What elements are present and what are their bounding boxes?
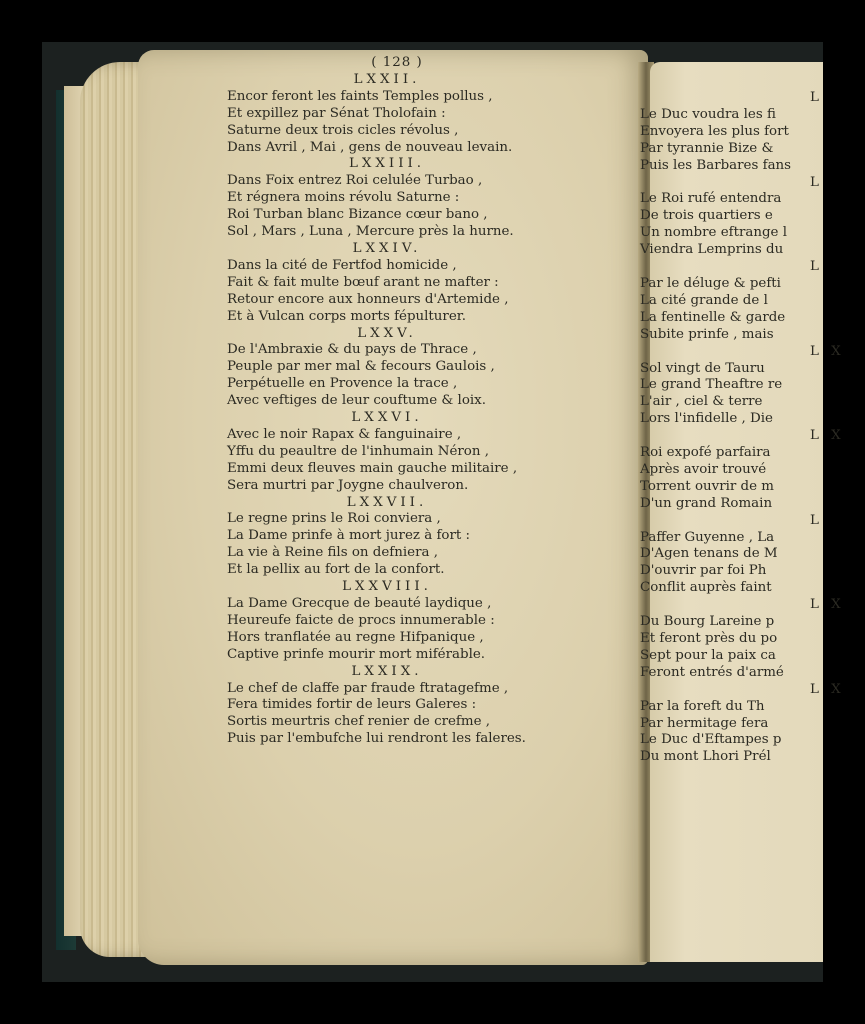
verse-line: D'Agen tenans de M xyxy=(640,546,840,563)
verse-line: Et expillez par Sénat Tholofain : xyxy=(227,106,547,123)
quatrain: L XSol vingt de TauruLe grand Theaftre r… xyxy=(640,344,840,429)
verse-line: Sera murtri par Joygne chaulveron. xyxy=(227,478,547,495)
quatrain: LXXVI.Avec le noir Rapax & fanguinaire ,… xyxy=(227,410,547,495)
verse-line: Encor feront les faints Temples pollus , xyxy=(227,89,547,106)
verse-line: Par hermitage fera xyxy=(640,716,840,733)
verse-line: L'air , ciel & terre xyxy=(640,394,840,411)
quatrain-numeral: LXXVI. xyxy=(227,410,547,427)
verse-line: Par la foreft du Th xyxy=(640,699,840,716)
verse-line: La Dame Grecque de beauté laydique , xyxy=(227,596,547,613)
verse-line: Viendra Lemprins du xyxy=(640,242,840,259)
verse-line: La vie à Reine fils on defniera , xyxy=(227,545,547,562)
quatrain: LPar le déluge & peftiLa cité grande de … xyxy=(640,259,840,344)
quatrain: L XDu Bourg Lareine pEt feront près du p… xyxy=(640,597,840,682)
verse-line: Et à Vulcan corps morts fépulturer. xyxy=(227,309,547,326)
verse-line: Fera timides fortir de leurs Galeres : xyxy=(227,697,547,714)
left-quatrain-list: LXXII.Encor feront les faints Temples po… xyxy=(227,72,547,748)
verse-line: D'un grand Romain xyxy=(640,496,840,513)
verse-line: De trois quartiers e xyxy=(640,208,840,225)
verse-line: Saturne deux trois cicles révolus , xyxy=(227,123,547,140)
quatrain: LXXVIII.La Dame Grecque de beauté laydiq… xyxy=(227,579,547,664)
verse-line: Subite prinfe , mais xyxy=(640,327,840,344)
quatrain-numeral: LXXIII. xyxy=(227,156,547,173)
quatrain-numeral: LXXVII. xyxy=(227,495,547,512)
verse-line: Le Duc d'Eftampes p xyxy=(640,732,840,749)
verse-line: Par le déluge & pefti xyxy=(640,276,840,293)
verse-line: Captive prinfe mourir mort miférable. xyxy=(227,647,547,664)
verse-line: Le grand Theaftre re xyxy=(640,377,840,394)
verse-line: Perpétuelle en Provence la trace , xyxy=(227,376,547,393)
verse-line: Emmi deux fleuves main gauche militaire … xyxy=(227,461,547,478)
verse-line: Fait & fait multe bœuf arant ne mafter : xyxy=(227,275,547,292)
verse-line: Puis les Barbares fans xyxy=(640,158,840,175)
verse-line: Retour encore aux honneurs d'Artemide , xyxy=(227,292,547,309)
verse-line: La fentinelle & garde xyxy=(640,310,840,327)
quatrain-numeral: LXXVIII. xyxy=(227,579,547,596)
left-page-text: ( 128 ) LXXII.Encor feront les faints Te… xyxy=(227,55,547,748)
verse-line: Envoyera les plus fort xyxy=(640,124,840,141)
quatrain-numeral: L xyxy=(640,259,840,276)
quatrain-numeral: LXXV. xyxy=(227,326,547,343)
verse-line: Avec le noir Rapax & fanguinaire , xyxy=(227,427,547,444)
verse-line: Et la pellix au fort de la confort. xyxy=(227,562,547,579)
verse-line: Sept pour la paix ca xyxy=(640,648,840,665)
quatrain: L XRoi expofé parfairaAprès avoir trouvé… xyxy=(640,428,840,513)
verse-line: Torrent ouvrir de m xyxy=(640,479,840,496)
verse-line: Lors l'infidelle , Die xyxy=(640,411,840,428)
quatrain-numeral: L xyxy=(640,513,840,530)
quatrain-numeral: LXXIX. xyxy=(227,664,547,681)
verse-line: Le chef de claffe par fraude ftratagefme… xyxy=(227,681,547,698)
verse-line: Dans Avril , Mai , gens de nouveau levai… xyxy=(227,140,547,157)
verse-line: Dans la cité de Fertfod homicide , xyxy=(227,258,547,275)
verse-line: Après avoir trouvé xyxy=(640,462,840,479)
quatrain: LXXIII.Dans Foix entrez Roi celulée Turb… xyxy=(227,156,547,241)
quatrain-numeral: L X xyxy=(640,344,840,361)
verse-line: Du mont Lhori Prél xyxy=(640,749,840,766)
verse-line: Sortis meurtris chef renier de crefme , xyxy=(227,714,547,731)
quatrain: LXXIV.Dans la cité de Fertfod homicide ,… xyxy=(227,241,547,326)
verse-line: Dans Foix entrez Roi celulée Turbao , xyxy=(227,173,547,190)
verse-line: Le Duc voudra les fi xyxy=(640,107,840,124)
right-quatrain-list: LLe Duc voudra les fiEnvoyera les plus f… xyxy=(640,90,840,766)
quatrain-numeral: L X xyxy=(640,597,840,614)
quatrain: LLe Roi rufé entendraDe trois quartiers … xyxy=(640,175,840,260)
right-page-text: LLe Duc voudra les fiEnvoyera les plus f… xyxy=(640,90,840,766)
verse-line: Avec veftiges de leur couftume & loix. xyxy=(227,393,547,410)
quatrain: L XPar la foreft du ThPar hermitage fera… xyxy=(640,682,840,767)
quatrain-numeral: L X xyxy=(640,428,840,445)
verse-line: Par tyrannie Bize & xyxy=(640,141,840,158)
verse-line: Le regne prins le Roi conviera , xyxy=(227,511,547,528)
verse-line: La cité grande de l xyxy=(640,293,840,310)
quatrain: LXXIX.Le chef de claffe par fraude ftrat… xyxy=(227,664,547,749)
verse-line: Yffu du peaultre de l'inhumain Néron , xyxy=(227,444,547,461)
verse-line: Sol , Mars , Luna , Mercure près la hurn… xyxy=(227,224,547,241)
verse-line: Peuple par mer mal & fecours Gaulois , xyxy=(227,359,547,376)
quatrain-numeral: L X xyxy=(640,682,840,699)
verse-line: Sol vingt de Tauru xyxy=(640,361,840,378)
verse-line: La Dame prinfe à mort jurez à fort : xyxy=(227,528,547,545)
verse-line: Feront entrés d'armé xyxy=(640,665,840,682)
quatrain: LPaffer Guyenne , LaD'Agen tenans de MD'… xyxy=(640,513,840,598)
quatrain: LLe Duc voudra les fiEnvoyera les plus f… xyxy=(640,90,840,175)
quatrain: LXXV.De l'Ambraxie & du pays de Thrace ,… xyxy=(227,326,547,411)
verse-line: Et feront près du po xyxy=(640,631,840,648)
quatrain-numeral: L xyxy=(640,175,840,192)
quatrain-numeral: L xyxy=(640,90,840,107)
verse-line: Du Bourg Lareine p xyxy=(640,614,840,631)
verse-line: Hors tranflatée au regne Hifpanique , xyxy=(227,630,547,647)
quatrain: LXXII.Encor feront les faints Temples po… xyxy=(227,72,547,157)
verse-line: Roi expofé parfaira xyxy=(640,445,840,462)
page-number: ( 128 ) xyxy=(227,55,547,72)
verse-line: Paffer Guyenne , La xyxy=(640,530,840,547)
verse-line: Un nombre eftrange l xyxy=(640,225,840,242)
quatrain-numeral: LXXIV. xyxy=(227,241,547,258)
verse-line: De l'Ambraxie & du pays de Thrace , xyxy=(227,342,547,359)
verse-line: Puis par l'embufche lui rendront les fal… xyxy=(227,731,547,748)
verse-line: Roi Turban blanc Bizance cœur bano , xyxy=(227,207,547,224)
quatrain: LXXVII.Le regne prins le Roi conviera ,L… xyxy=(227,495,547,580)
verse-line: Heureufe faicte de procs innumerable : xyxy=(227,613,547,630)
verse-line: D'ouvrir par foi Ph xyxy=(640,563,840,580)
verse-line: Et régnera moins révolu Saturne : xyxy=(227,190,547,207)
verse-line: Conflit auprès faint xyxy=(640,580,840,597)
verse-line: Le Roi rufé entendra xyxy=(640,191,840,208)
quatrain-numeral: LXXII. xyxy=(227,72,547,89)
